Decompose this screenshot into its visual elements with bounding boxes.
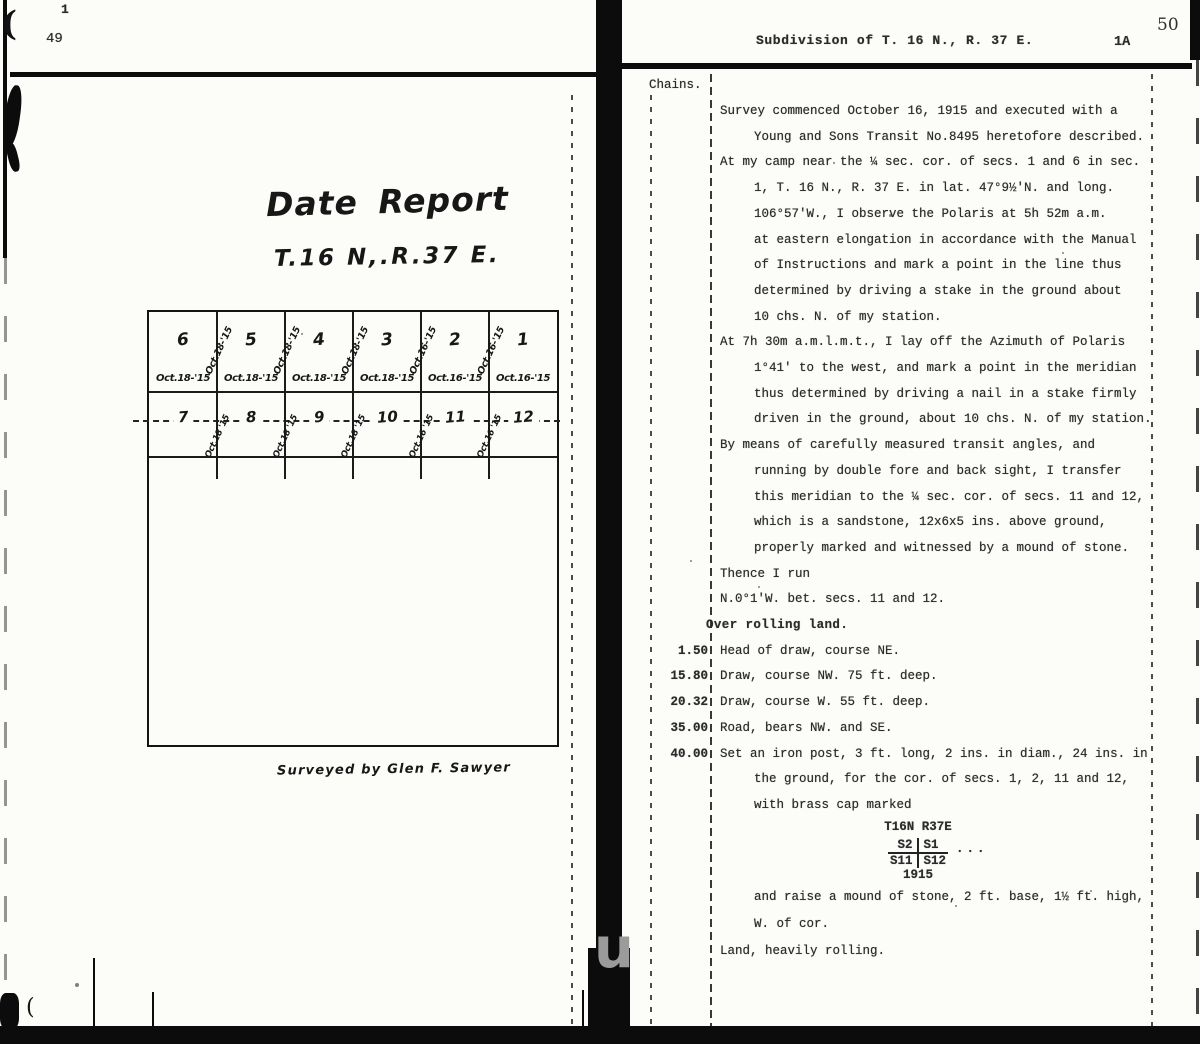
right-page-number: 50	[1157, 15, 1179, 35]
bottom-tick-3	[582, 990, 584, 1026]
plat-section-date: Oct.16-'15	[419, 373, 491, 384]
left-edge-marks	[4, 258, 7, 993]
entry-text: 106°57'W., I observe the Polaris at 5h 5…	[754, 207, 1107, 221]
entry-text: the ground, for the cor. of secs. 1, 2, …	[754, 772, 1129, 786]
left-page-township: T.16 N,.R.37 E.	[274, 242, 501, 272]
speck	[955, 905, 957, 907]
brass-cap-ne: S1	[919, 838, 949, 854]
right-page-top-rule	[622, 63, 1192, 69]
entry-text: this meridian to the ¼ sec. cor. of secs…	[754, 490, 1144, 504]
survey-entry: at eastern elongation in accordance with…	[655, 233, 1165, 257]
survey-entry: with brass cap marked	[655, 798, 1165, 822]
survey-entry: the ground, for the cor. of secs. 1, 2, …	[655, 772, 1165, 796]
entry-text: with brass cap marked	[754, 798, 912, 812]
entry-text: 10 chs. N. of my station.	[754, 310, 942, 324]
survey-entry: 1°41' to the west, and mark a point in t…	[655, 361, 1165, 385]
entry-text: thus determined by driving a nail in a s…	[754, 387, 1137, 401]
brass-cap-marking: T16N R37E S2S1 S11S12 1915 ...	[853, 820, 983, 882]
survey-entry: Over rolling land.	[655, 618, 1165, 642]
chain-value: 35.00	[655, 721, 708, 735]
entry-text: Land, heavily rolling.	[720, 944, 885, 958]
survey-entry: properly marked and witnessed by a mound…	[655, 541, 1165, 565]
watermark-glyph: u	[594, 916, 634, 981]
left-page-margin-rule	[571, 95, 573, 1026]
speck	[758, 586, 760, 588]
left-page-number: 49	[46, 31, 63, 47]
entry-text: 1°41' to the west, and mark a point in t…	[754, 361, 1137, 375]
chain-value: 15.80	[655, 669, 708, 683]
plate-label: 1A	[1114, 35, 1130, 50]
right-edge-marks	[1196, 60, 1199, 1026]
entry-text: and raise a mound of stone, 2 ft. base, …	[754, 890, 1144, 904]
speck	[301, 333, 303, 335]
survey-entry: 40.00Set an iron post, 3 ft. long, 2 ins…	[655, 747, 1165, 771]
brass-cap-nw: S2	[888, 838, 919, 854]
survey-entry: At my camp near the ¼ sec. cor. of secs.…	[655, 155, 1165, 179]
entry-text: By means of carefully measured transit a…	[720, 438, 1095, 452]
survey-entry: thus determined by driving a nail in a s…	[655, 387, 1165, 411]
survey-entry: Land, heavily rolling.	[655, 944, 1165, 968]
speck	[75, 983, 79, 987]
brass-cap-year: 1915	[853, 868, 983, 883]
right-page-header-title: Subdivision of T. 16 N., R. 37 E.	[756, 33, 1033, 48]
left-page-title: Date Report	[266, 179, 510, 224]
township-plat-diagram: 654321 Oct.18-'15Oct.18-'15Oct.18-'15Oct…	[147, 310, 559, 747]
chain-value: 1.50	[655, 644, 708, 658]
survey-notes-text: T16N R37E S2S1 S11S12 1915 ... Survey co…	[655, 104, 1165, 1004]
chain-value: 20.32	[655, 695, 708, 709]
survey-entry: 1.50Head of draw, course NE.	[655, 644, 1165, 668]
surveyor-credit: Surveyed by Glen F. Sawyer	[277, 760, 511, 778]
ink-blob-3	[0, 993, 19, 1029]
plat-bottom-section-number: 7	[149, 408, 217, 426]
survey-entry: 35.00Road, bears NW. and SE.	[655, 721, 1165, 745]
entry-text: Draw, course NW. 75 ft. deep.	[720, 669, 938, 683]
survey-entry: W. of cor.	[655, 917, 1165, 941]
entry-text: W. of cor.	[754, 917, 829, 931]
brass-cap-se: S12	[919, 854, 949, 868]
survey-entry: At 7h 30m a.m.l.m.t., I lay off the Azim…	[655, 335, 1165, 359]
survey-entry: 1, T. 16 N., R. 37 E. in lat. 47°9½'N. a…	[655, 181, 1165, 205]
speck	[1062, 252, 1064, 254]
survey-entry: of Instructions and mark a point in the …	[655, 258, 1165, 282]
entry-text: 1, T. 16 N., R. 37 E. in lat. 47°9½'N. a…	[754, 181, 1114, 195]
survey-entry: determined by driving a stake in the gro…	[655, 284, 1165, 308]
survey-entry: and raise a mound of stone, 2 ft. base, …	[655, 890, 1165, 914]
entry-text: which is a sandstone, 12x6x5 ins. above …	[754, 515, 1107, 529]
survey-entry: 106°57'W., I observe the Polaris at 5h 5…	[655, 207, 1165, 231]
plat-section-date: Oct.16-'15	[487, 373, 559, 384]
survey-entry: Young and Sons Transit No.8495 heretofor…	[655, 130, 1165, 154]
plat-section-date: Oct.18-'15	[283, 373, 355, 384]
left-corner-number: 1	[61, 2, 69, 17]
section-number-label: 11	[439, 407, 471, 427]
entry-text: properly marked and witnessed by a mound…	[754, 541, 1129, 555]
entry-text: determined by driving a stake in the gro…	[754, 284, 1122, 298]
entry-text: Thence I run	[720, 567, 810, 581]
survey-entry: By means of carefully measured transit a…	[655, 438, 1165, 462]
chain-value: 40.00	[655, 747, 708, 761]
entry-text: running by double fore and back sight, I…	[754, 464, 1122, 478]
entry-text: At 7h 30m a.m.l.m.t., I lay off the Azim…	[720, 335, 1125, 349]
entry-text: at eastern elongation in accordance with…	[754, 233, 1137, 247]
brass-cap-dots: ...	[956, 842, 988, 856]
entry-text: Young and Sons Transit No.8495 heretofor…	[754, 130, 1144, 144]
bottom-bar	[0, 1026, 1200, 1044]
survey-entry: 15.80Draw, course NW. 75 ft. deep.	[655, 669, 1165, 693]
entry-text: At my camp near the ¼ sec. cor. of secs.…	[720, 155, 1140, 169]
section-number-label: 9	[308, 407, 330, 426]
plat-section-date: Oct.18-'15	[351, 373, 423, 384]
section-number-label: 7	[172, 407, 194, 426]
survey-entry: which is a sandstone, 12x6x5 ins. above …	[655, 515, 1165, 539]
brass-cap-township: T16N R37E	[853, 820, 983, 835]
section-number-label: 12	[507, 407, 539, 427]
section-number-label: 8	[240, 407, 262, 426]
survey-entry: Thence I run	[655, 567, 1165, 591]
entry-text: Survey commenced October 16, 1915 and ex…	[720, 104, 1118, 118]
speck	[833, 162, 835, 164]
entry-text: Over rolling land.	[706, 618, 848, 632]
chains-column-header: Chains.	[649, 78, 702, 92]
chains-column-left-rule	[650, 95, 652, 1026]
survey-entry: N.0°1'W. bet. secs. 11 and 12.	[655, 592, 1165, 616]
plat-section-date: Oct.18-'15	[215, 373, 287, 384]
survey-entry: driven in the ground, about 10 chs. N. o…	[655, 412, 1165, 436]
entry-text: N.0°1'W. bet. secs. 11 and 12.	[720, 592, 945, 606]
left-page-top-rule	[10, 72, 596, 77]
survey-entry: 20.32Draw, course W. 55 ft. deep.	[655, 695, 1165, 719]
entry-text: Draw, course W. 55 ft. deep.	[720, 695, 930, 709]
right-edge-corner	[1190, 0, 1200, 60]
plat-section-number: 6	[148, 327, 217, 353]
bottom-tick-2	[152, 992, 154, 1026]
brass-cap-sections: S2S1 S11S12	[888, 838, 948, 868]
ink-bracket-bottom: (	[26, 995, 35, 1020]
speck	[690, 560, 692, 562]
entry-text: driven in the ground, about 10 chs. N. o…	[754, 412, 1152, 426]
speck	[1090, 890, 1092, 892]
survey-entry: 10 chs. N. of my station.	[655, 310, 1165, 334]
bottom-tick-1	[93, 958, 95, 1026]
plat-section-date: Oct.18-'15	[147, 373, 219, 384]
ink-bracket-top: (	[1, 4, 17, 44]
ink-blob-2	[5, 141, 22, 173]
section-number-label: 10	[371, 407, 403, 427]
survey-entry: running by double fore and back sight, I…	[655, 464, 1165, 488]
survey-entry: Survey commenced October 16, 1915 and ex…	[655, 104, 1165, 128]
scanned-survey-record: ( ( u 1 49 Date Report T.16 N,.R.37 E. 6…	[0, 0, 1200, 1044]
entry-text: Head of draw, course NE.	[720, 644, 900, 658]
center-gutter	[596, 0, 622, 1044]
brass-cap-sw: S11	[888, 854, 919, 868]
survey-entry: this meridian to the ¼ sec. cor. of secs…	[655, 490, 1165, 514]
entry-text: Road, bears NW. and SE.	[720, 721, 893, 735]
entry-text: of Instructions and mark a point in the …	[754, 258, 1122, 272]
speck	[889, 214, 892, 217]
entry-text: Set an iron post, 3 ft. long, 2 ins. in …	[720, 747, 1148, 761]
